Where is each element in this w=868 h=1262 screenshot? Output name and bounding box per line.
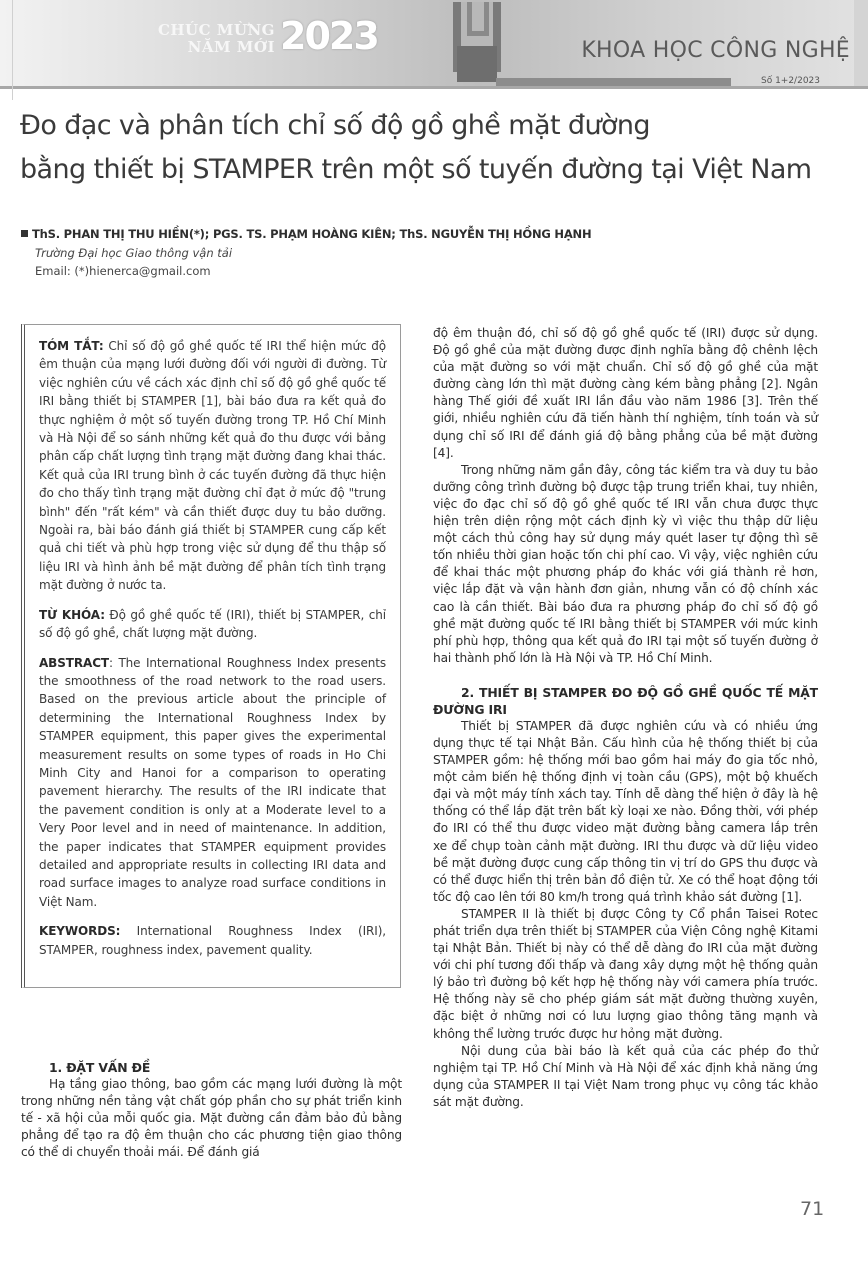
tukhoa-label: TỪ KHÓA: [39,608,105,622]
right-column-body: độ êm thuận đó, chỉ số độ gồ ghề quốc tế… [433,325,818,1111]
header-accent-bar [496,78,731,86]
section-1-paragraph-2: Trong những năm gần đây, công tác kiểm t… [433,462,818,667]
decorative-pattern-icon [445,0,503,84]
header-left-rule [12,0,13,100]
abstract-box: TÓM TẮT: Chỉ số độ gồ ghề quốc tế IRI th… [21,324,401,988]
header-right-edge [854,0,868,86]
greeting-year: 2023 [280,14,378,58]
title-line-2: bằng thiết bị STAMPER trên một số tuyến … [20,148,850,192]
section-1-paragraph-1: Hạ tầng giao thông, bao gồm các mạng lướ… [21,1076,402,1161]
author-affiliation: Trường Đại học Giao thông vận tải [35,246,232,260]
issue-number: Số 1+2/2023 [761,76,820,86]
author-list: ThS. PHAN THỊ THU HIỀN(*); PGS. TS. PHẠM… [21,227,591,241]
keywords-paragraph: KEYWORDS: International Roughness Index … [39,922,386,959]
abstract-text: : The International Roughness Index pres… [39,656,386,909]
tomtat-text: Chỉ số độ gồ ghề quốc tế IRI thể hiện mứ… [39,339,386,592]
section-1-paragraph-1-cont: độ êm thuận đó, chỉ số độ gồ ghề quốc tế… [433,325,818,462]
greeting-line-2: NĂM MỚI [150,39,275,56]
new-year-greeting: CHÚC MỪNG NĂM MỚI [150,22,275,56]
author-email[interactable]: Email: (*)hienerca@gmail.com [35,264,211,278]
abstract-paragraph: ABSTRACT: The International Roughness In… [39,654,386,912]
section-2-heading: 2. THIẾT BỊ STAMPER ĐO ĐỘ GỒ GHỀ QUỐC TẾ… [433,684,818,718]
square-bullet-icon [21,230,28,237]
tomtat-label: TÓM TẮT: [39,339,104,353]
authors-text: ThS. PHAN THỊ THU HIỀN(*); PGS. TS. PHẠM… [32,227,591,241]
abstract-label: ABSTRACT [39,656,109,670]
tukhoa-paragraph: TỪ KHÓA: Độ gồ ghề quốc tế (IRI), thiết … [39,606,386,643]
title-line-1: Đo đạc và phân tích chỉ số độ gồ ghề mặt… [20,104,850,148]
section-2-paragraph-3: Nội dung của bài báo là kết quả của các … [433,1043,818,1111]
section-2-paragraph-2: STAMPER II là thiết bị được Công ty Cổ p… [433,906,818,1043]
greeting-line-1: CHÚC MỪNG [150,22,275,39]
section-label: KHOA HỌC CÔNG NGHỆ [581,38,850,63]
magazine-header-banner: CHÚC MỪNG NĂM MỚI 2023 KHOA HỌC CÔNG NGH… [0,0,868,89]
keywords-label: KEYWORDS: [39,924,120,938]
tomtat-paragraph: TÓM TẮT: Chỉ số độ gồ ghề quốc tế IRI th… [39,337,386,595]
section-2-paragraph-1: Thiết bị STAMPER đã được nghiên cứu và c… [433,718,818,906]
section-1-heading: 1. ĐẶT VẤN ĐỀ [21,1059,402,1076]
left-column-body: 1. ĐẶT VẤN ĐỀ Hạ tầng giao thông, bao gồ… [21,1059,402,1161]
page-number: 71 [800,1198,824,1220]
article-title: Đo đạc và phân tích chỉ số độ gồ ghề mặt… [20,104,850,192]
